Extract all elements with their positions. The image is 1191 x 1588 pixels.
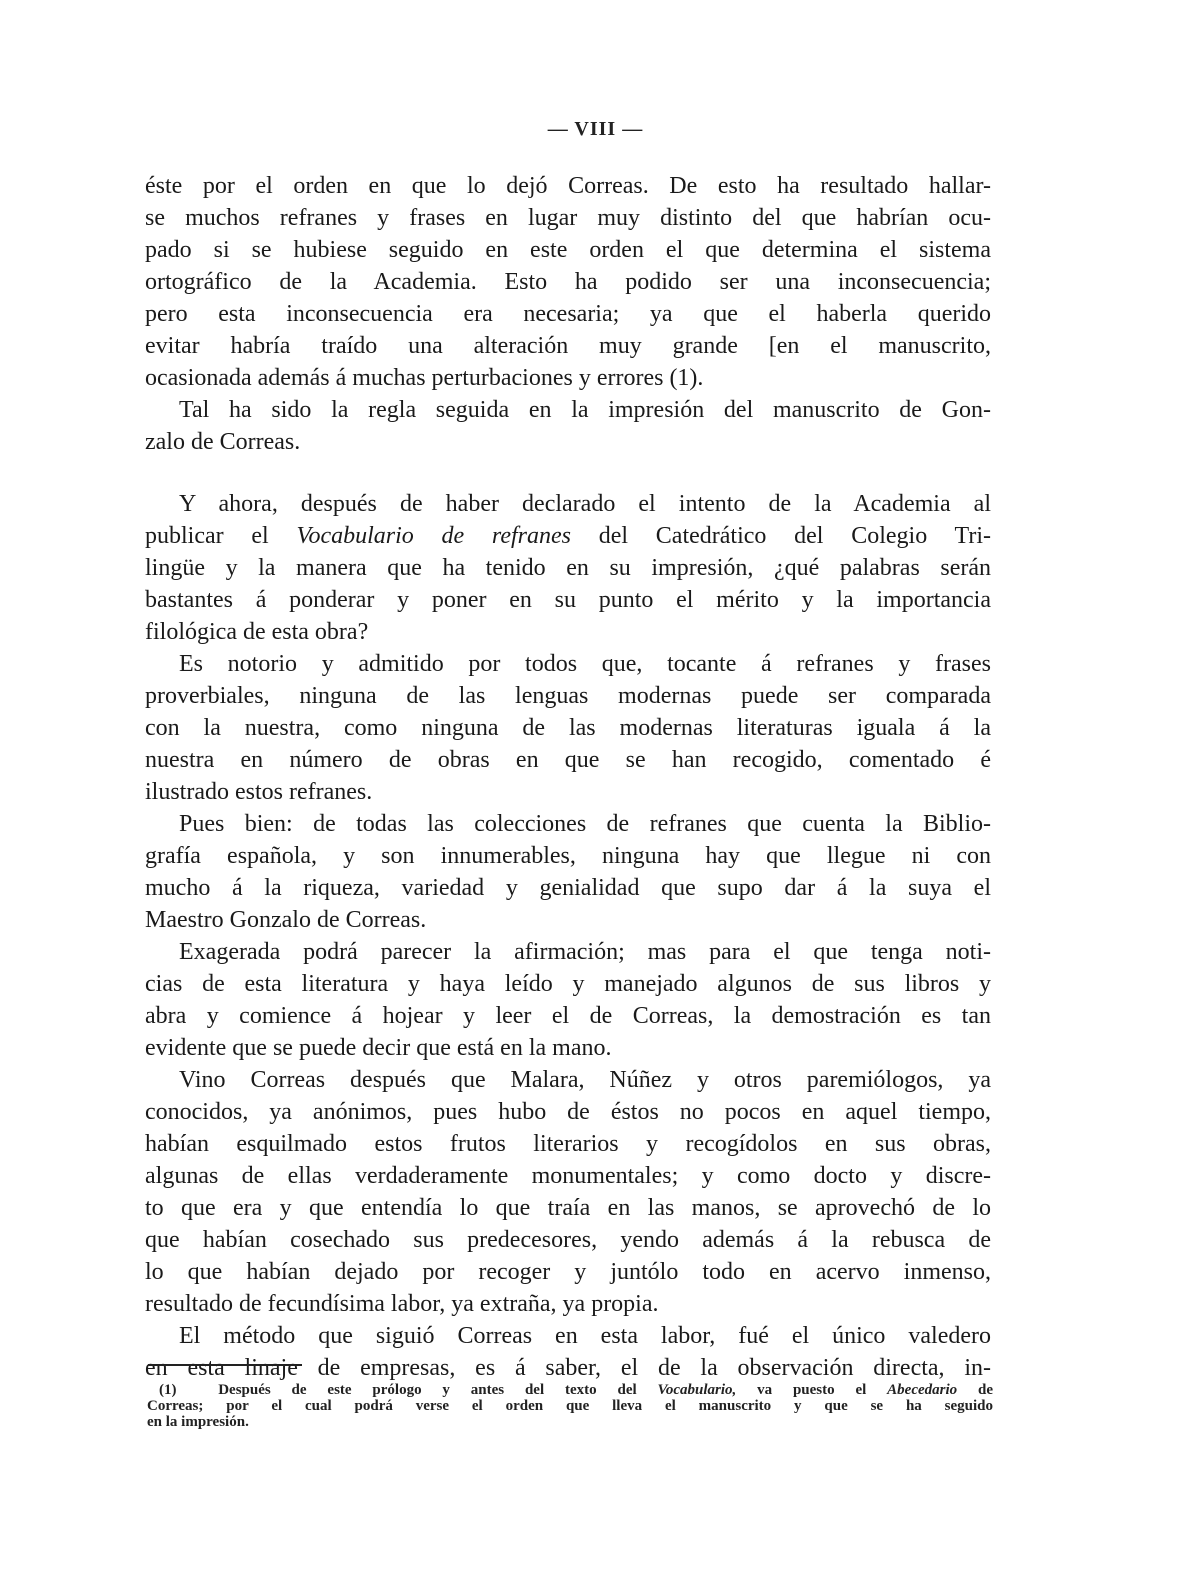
text-line: Tal ha sido la regla seguida en la impre… [145,394,991,426]
text-line: Pues bien: de todas las colecciones de r… [145,808,991,840]
text-line: proverbiales, ninguna de las lenguas mod… [145,680,991,712]
text-line: bastantes á ponderar y poner en su punto… [145,584,991,616]
text-segment: va puesto el [736,1382,887,1398]
text-line: se muchos refranes y frases en lugar muy… [145,202,991,234]
text-segment: Después de este prólogo y antes del text… [218,1382,657,1398]
footnote-line: (1) Después de este prólogo y antes del … [147,1382,993,1398]
text-line: zalo de Correas. [145,426,991,458]
body-text: éste por el orden en que lo dejó Correas… [145,170,991,1384]
text-line: Es notorio y admitido por todos que, toc… [145,648,991,680]
text-line: Y ahora, después de haber declarado el i… [145,488,991,520]
text-line: nuestra en número de obras en que se han… [145,744,991,776]
title-italic: Vocabulario, [658,1382,737,1398]
footnote-marker: (1) [159,1382,177,1398]
text-line: pado si se hubiese seguido en este orden… [145,234,991,266]
book-title-italic: Vocabulario de refranes [296,523,571,549]
text-line: éste por el orden en que lo dejó Correas… [145,170,991,202]
footnote-divider [148,1364,302,1366]
text-line: que habían cosechado sus predecesores, y… [145,1224,991,1256]
footnote: (1) Después de este prólogo y antes del … [147,1382,993,1430]
text-line: ocasionada además á muchas perturbacione… [145,362,991,394]
text-line: cias de esta literatura y haya leído y m… [145,968,991,1000]
text-line: lo que habían dejado por recoger y juntó… [145,1256,991,1288]
text-line: en esta linaje de empresas, es á saber, … [145,1352,991,1384]
text-segment: del Catedrático del Colegio Tri- [571,523,991,549]
book-page: — VIII — éste por el orden en que lo dej… [0,0,1191,1588]
text-line: habían esquilmado estos frutos literario… [145,1128,991,1160]
text-line: evitar habría traído una alteración muy … [145,330,991,362]
text-line: grafía española, y son innumerables, nin… [145,840,991,872]
text-line: Exagerada podrá parecer la afirmación; m… [145,936,991,968]
text-line: con la nuestra, como ninguna de las mode… [145,712,991,744]
text-line: lingüe y la manera que ha tenido en su i… [145,552,991,584]
text-line: to que era y que entendía lo que traía e… [145,1192,991,1224]
title-italic: Abecedario [887,1382,957,1398]
page-number: — VIII — [0,118,1191,141]
text-segment: de [957,1382,993,1398]
text-line: Maestro Gonzalo de Correas. [145,904,991,936]
footnote-line: en la impresión. [147,1414,993,1430]
text-line: pero esta inconsecuencia era necesaria; … [145,298,991,330]
text-line: mucho á la riqueza, variedad y genialida… [145,872,991,904]
text-line: Vino Correas después que Malara, Núñez y… [145,1064,991,1096]
text-line-with-title: publicar el Vocabulario de refranes del … [145,520,991,552]
text-line: ilustrado estos refranes. [145,776,991,808]
text-line: filológica de esta obra? [145,616,991,648]
text-line: evidente que se puede decir que está en … [145,1032,991,1064]
section-gap [145,458,991,488]
text-line: ortográfico de la Academia. Esto ha podi… [145,266,991,298]
text-line: El método que siguió Correas en esta lab… [145,1320,991,1352]
text-line: abra y comience á hojear y leer el de Co… [145,1000,991,1032]
text-line: resultado de fecundísima labor, ya extra… [145,1288,991,1320]
footnote-line: Correas; por el cual podrá verse el orde… [147,1398,993,1414]
text-line: conocidos, ya anónimos, pues hubo de ést… [145,1096,991,1128]
text-segment: publicar el [145,523,296,549]
text-line: algunas de ellas verdaderamente monument… [145,1160,991,1192]
